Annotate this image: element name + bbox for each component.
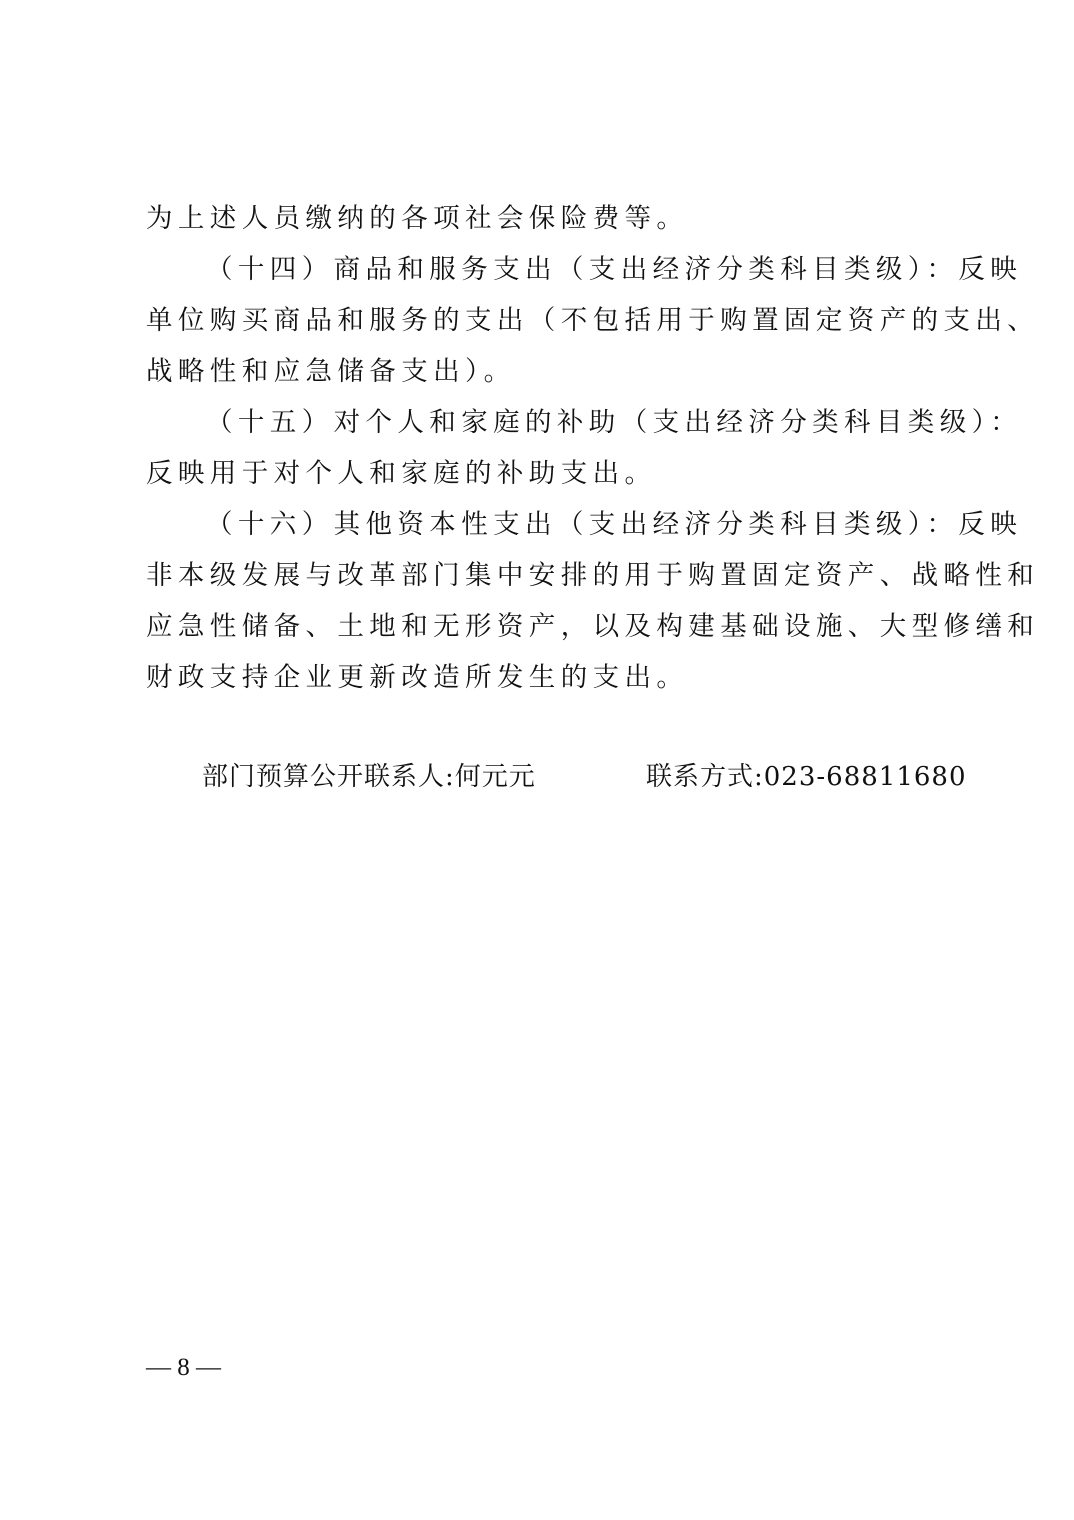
text-line: 为上述人员缴纳的各项社会保险费等。 <box>146 202 942 236</box>
text-line: 单位购买商品和服务的支出（不包括用于购置固定资产的支出、 <box>146 304 942 338</box>
text-line-section-14: （十四）商品和服务支出（支出经济分类科目类级）：反映 <box>206 253 942 287</box>
text-line: 反映用于对个人和家庭的补助支出。 <box>146 457 942 491</box>
text-line: 应急性储备、土地和无形资产，以及构建基础设施、大型修缮和 <box>146 610 942 644</box>
text-line: 非本级发展与改革部门集中安排的用于购置固定资产、战略性和 <box>146 559 942 593</box>
document-page: 为上述人员缴纳的各项社会保险费等。 （十四）商品和服务支出（支出经济分类科目类级… <box>0 0 1074 1520</box>
text-line-section-16: （十六）其他资本性支出（支出经济分类科目类级）：反映 <box>206 508 942 542</box>
text-line: 战略性和应急储备支出）。 <box>146 355 942 389</box>
page-number: — 8 — <box>146 1351 221 1385</box>
contact-person: 部门预算公开联系人:何元元 <box>202 760 536 794</box>
contact-phone: 联系方式:023-68811680 <box>646 760 967 794</box>
text-line-section-15: （十五）对个人和家庭的补助（支出经济分类科目类级）： <box>206 406 942 440</box>
text-line: 财政支持企业更新改造所发生的支出。 <box>146 661 942 695</box>
